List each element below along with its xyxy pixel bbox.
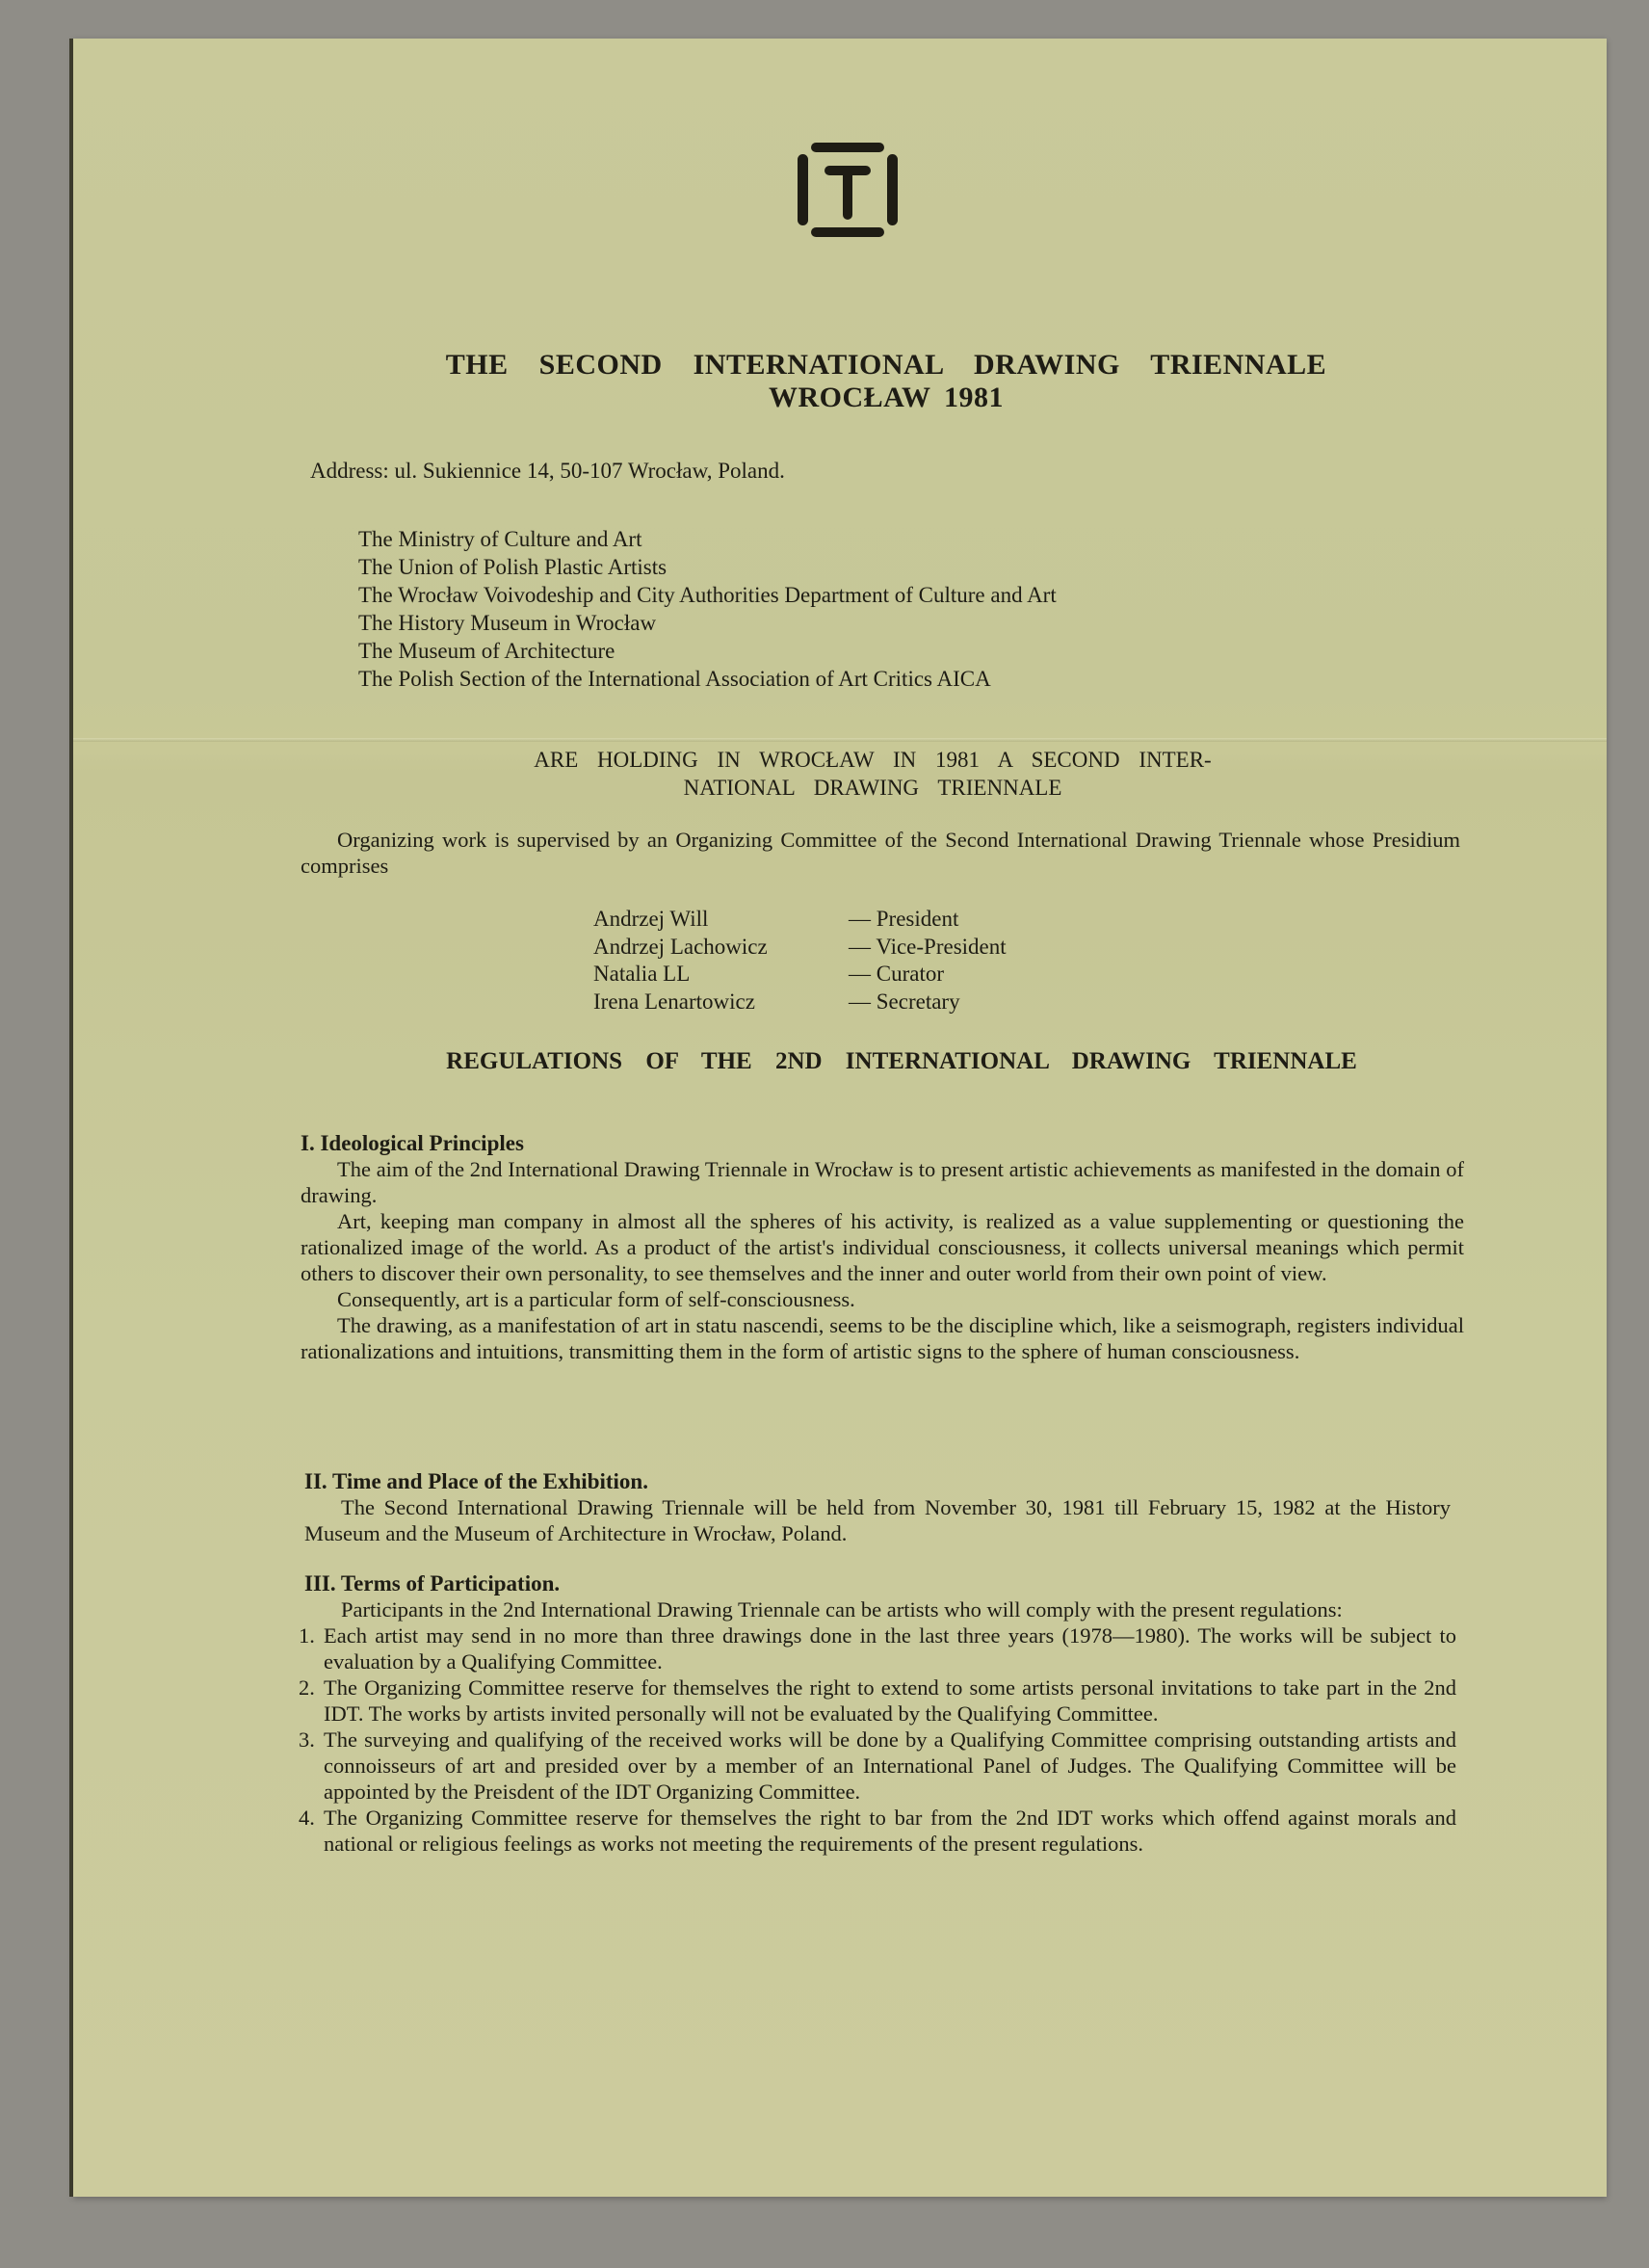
organizer-item: The Museum of Architecture (358, 637, 1057, 665)
regulations-title: REGULATIONS OF THE 2ND INTERNATIONAL DRA… (333, 1048, 1470, 1075)
organizer-item: The Ministry of Culture and Art (358, 525, 1057, 553)
organizing-paragraph: Organizing work is supervised by an Orga… (301, 827, 1460, 879)
organizing-committee-text: Organizing work is supervised by an Orga… (301, 827, 1460, 879)
section-paragraph: The drawing, as a manifestation of art i… (301, 1312, 1464, 1364)
item-text: Each artist may send in no more than thr… (324, 1622, 1456, 1675)
presidium-name: Andrzej Will (593, 906, 849, 934)
document-title: THE SECOND INTERNATIONAL DRAWING TRIENNA… (356, 349, 1416, 414)
presidium-row: Natalia LL — Curator (593, 961, 1007, 989)
presidium-name: Andrzej Lachowicz (593, 934, 849, 962)
section-ideological-principles: I. Ideological Principles The aim of the… (301, 1130, 1464, 1364)
organizers-list: The Ministry of Culture and Art The Unio… (358, 525, 1057, 693)
item-number: 3. (299, 1727, 324, 1805)
paper-fold-line (73, 738, 1607, 742)
presidium-row: Andrzej Will — President (593, 906, 1007, 934)
terms-list-item: 4. The Organizing Committee reserve for … (304, 1805, 1456, 1857)
item-number: 1. (299, 1622, 324, 1675)
presidium-role: — Vice-President (849, 934, 1007, 962)
organizer-item: The Polish Section of the International … (358, 665, 1057, 693)
presidium-row: Andrzej Lachowicz — Vice-President (593, 934, 1007, 962)
item-text: The Organizing Committee reserve for the… (324, 1675, 1456, 1727)
item-number: 2. (299, 1675, 324, 1727)
section-paragraph: The Second International Drawing Trienna… (304, 1494, 1451, 1546)
holding-line-2: NATIONAL DRAWING TRIENNALE (391, 774, 1354, 802)
title-line-2: WROCŁAW 1981 (356, 382, 1416, 414)
presidium-name: Irena Lenartowicz (593, 989, 849, 1016)
section-heading: I. Ideological Principles (301, 1130, 1464, 1156)
address: Address: ul. Sukiennice 14, 50-107 Wrocł… (310, 459, 785, 484)
holding-line-1: ARE HOLDING IN WROCŁAW IN 1981 A SECOND … (391, 746, 1354, 774)
title-line-1: THE SECOND INTERNATIONAL DRAWING TRIENNA… (356, 349, 1416, 382)
section-heading: III. Terms of Participation. (304, 1570, 1456, 1596)
presidium-row: Irena Lenartowicz — Secretary (593, 989, 1007, 1016)
section-intro: Participants in the 2nd International Dr… (304, 1596, 1456, 1622)
section-paragraph: Consequently, art is a particular form o… (301, 1286, 1464, 1312)
item-text: The surveying and qualifying of the rece… (324, 1727, 1456, 1805)
document-sheet: THE SECOND INTERNATIONAL DRAWING TRIENNA… (73, 39, 1607, 2197)
presidium-list: Andrzej Will — President Andrzej Lachowi… (593, 906, 1007, 1015)
presidium-role: — President (849, 906, 958, 934)
organizer-item: The Wrocław Voivodeship and City Authori… (358, 581, 1057, 609)
section-terms-of-participation: III. Terms of Participation. Participant… (304, 1570, 1456, 1857)
section-paragraph: Art, keeping man company in almost all t… (301, 1208, 1464, 1286)
presidium-role: — Curator (849, 961, 944, 989)
presidium-name: Natalia LL (593, 961, 849, 989)
presidium-role: — Secretary (849, 989, 960, 1016)
section-time-and-place: II. Time and Place of the Exhibition. Th… (304, 1468, 1451, 1546)
terms-list: 1. Each artist may send in no more than … (304, 1622, 1456, 1857)
item-text: The Organizing Committee reserve for the… (324, 1805, 1456, 1857)
organizer-item: The History Museum in Wrocław (358, 609, 1057, 637)
triennale-t-logo-icon (794, 137, 902, 243)
section-paragraph: The aim of the 2nd International Drawing… (301, 1156, 1464, 1208)
item-number: 4. (299, 1805, 324, 1857)
terms-list-item: 2. The Organizing Committee reserve for … (304, 1675, 1456, 1727)
terms-list-item: 3. The surveying and qualifying of the r… (304, 1727, 1456, 1805)
organizer-item: The Union of Polish Plastic Artists (358, 553, 1057, 581)
terms-list-item: 1. Each artist may send in no more than … (304, 1622, 1456, 1675)
section-heading: II. Time and Place of the Exhibition. (304, 1468, 1451, 1494)
holding-announcement: ARE HOLDING IN WROCŁAW IN 1981 A SECOND … (391, 746, 1354, 802)
